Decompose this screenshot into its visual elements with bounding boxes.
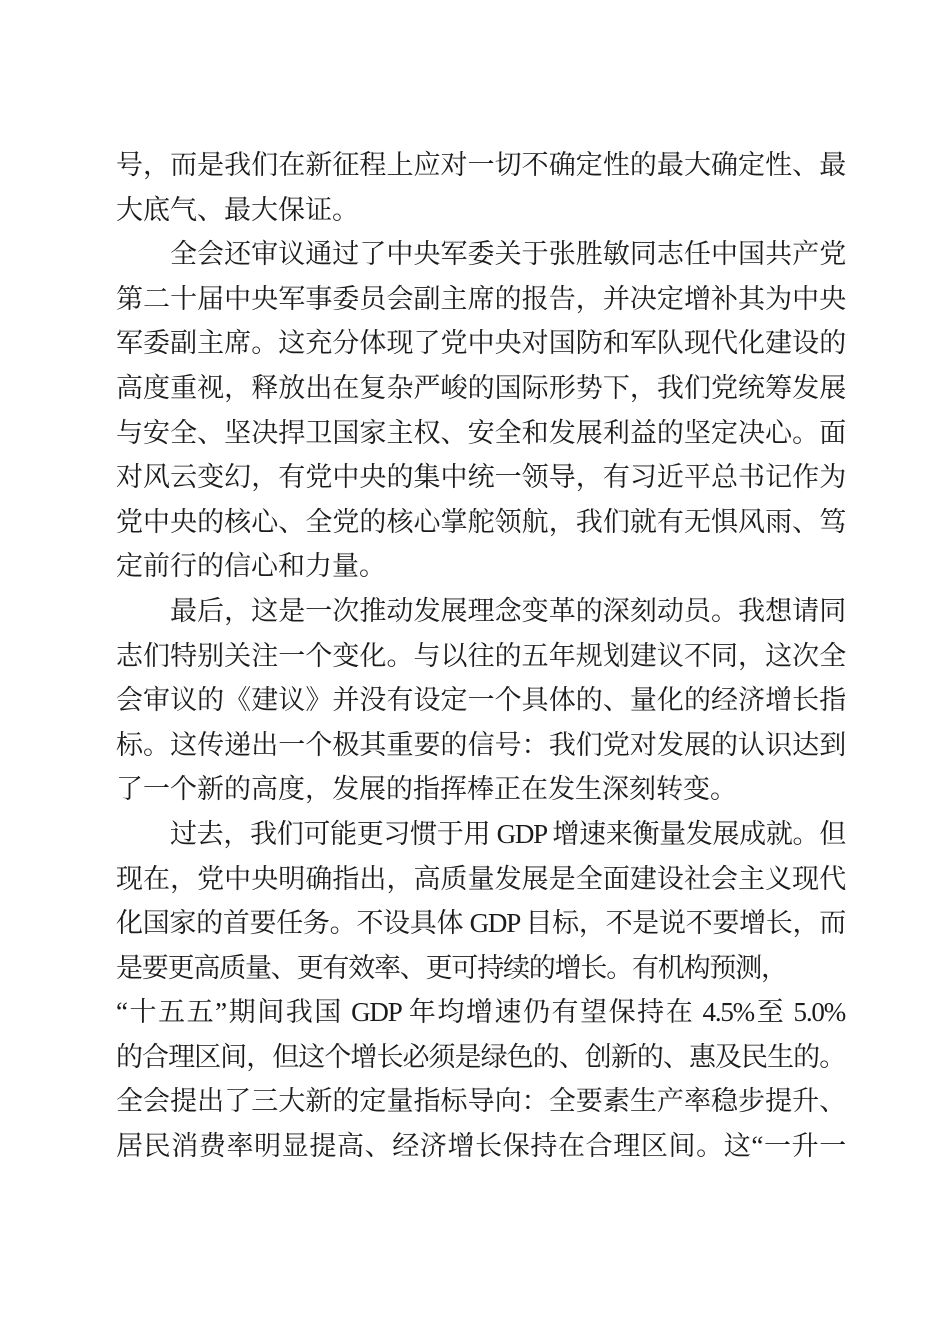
text-line: 志们特别关注一个变化。与以往的五年规划建议不同，这次全 — [116, 634, 845, 679]
document-body-text: 号，而是我们在新征程上应对一切不确定性的最大确定性、最 大底气、最大保证。 全会… — [116, 143, 845, 1169]
text-line: 全会还审议通过了中央军委关于张胜敏同志任中国共产党 — [116, 232, 845, 277]
paragraph: 号，而是我们在新征程上应对一切不确定性的最大确定性、最 大底气、最大保证。 — [116, 143, 845, 232]
paragraph: 最后，这是一次推动发展理念变革的深刻动员。我想请同 志们特别关注一个变化。与以往… — [116, 589, 845, 812]
text-line: 定前行的信心和力量。 — [116, 544, 845, 589]
text-line: 是要更高质量、更有效率、更可持续的增长。有机构预测， — [116, 946, 845, 991]
text-line: 现在，党中央明确指出，高质量发展是全面建设社会主义现代 — [116, 857, 845, 902]
text-line: 党中央的核心、全党的核心掌舵领航，我们就有无惧风雨、笃 — [116, 500, 845, 545]
text-line: 高度重视，释放出在复杂严峻的国际形势下，我们党统筹发展 — [116, 366, 845, 411]
text-line: 军委副主席。这充分体现了党中央对国防和军队现代化建设的 — [116, 321, 845, 366]
text-line: 的合理区间，但这个增长必须是绿色的、创新的、惠及民生的。 — [116, 1035, 845, 1080]
paragraph: 全会还审议通过了中央军委关于张胜敏同志任中国共产党 第二十届中央军事委员会副主席… — [116, 232, 845, 589]
text-line: 对风云变幻，有党中央的集中统一领导，有习近平总书记作为 — [116, 455, 845, 500]
text-line: 会审议的《建议》并没有设定一个具体的、量化的经济增长指 — [116, 678, 845, 723]
text-line: 与安全、坚决捍卫国家主权、安全和发展利益的坚定决心。面 — [116, 411, 845, 456]
text-line: “十五五”期间我国 GDP 年均增速仍有望保持在 4.5%至 5.0% — [116, 990, 845, 1035]
text-line: 居民消费率明显提高、经济增长保持在合理区间。这“一升一 — [116, 1124, 845, 1169]
paragraph: 过去，我们可能更习惯于用 GDP 增速来衡量发展成就。但 现在，党中央明确指出，… — [116, 812, 845, 1169]
text-line: 标。这传递出一个极其重要的信号：我们党对发展的认识达到 — [116, 723, 845, 768]
text-line: 大底气、最大保证。 — [116, 188, 845, 233]
text-line: 号，而是我们在新征程上应对一切不确定性的最大确定性、最 — [116, 143, 845, 188]
text-line: 了一个新的高度，发展的指挥棒正在发生深刻转变。 — [116, 767, 845, 812]
text-line: 最后，这是一次推动发展理念变革的深刻动员。我想请同 — [116, 589, 845, 634]
text-line: 全会提出了三大新的定量指标导向：全要素生产率稳步提升、 — [116, 1079, 845, 1124]
text-line: 化国家的首要任务。不设具体 GDP 目标，不是说不要增长，而 — [116, 901, 845, 946]
text-line: 过去，我们可能更习惯于用 GDP 增速来衡量发展成就。但 — [116, 812, 845, 857]
text-line: 第二十届中央军事委员会副主席的报告，并决定增补其为中央 — [116, 277, 845, 322]
document-page: 号，而是我们在新征程上应对一切不确定性的最大确定性、最 大底气、最大保证。 全会… — [0, 0, 950, 1344]
